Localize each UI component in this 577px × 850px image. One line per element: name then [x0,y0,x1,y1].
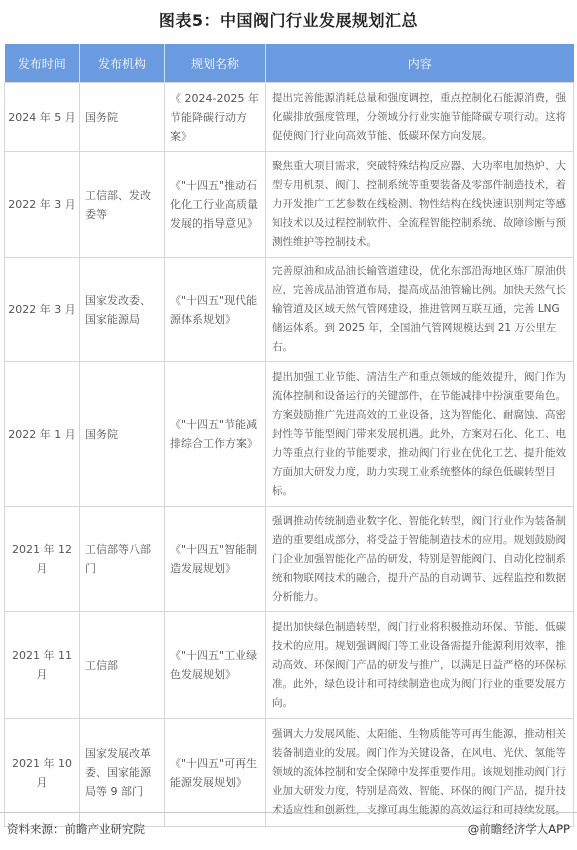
page-title: 图表5：中国阀门行业发展规划汇总 [0,8,577,31]
cell-org: 国家发改委、国家能源局 [80,258,165,362]
cell-plan-name: 《"十四五"节能减排综合工作方案》 [165,362,266,507]
table-row: 2024 年 5 月 国务院 《 2024-2025 年节能降碳行动方案》 提出… [5,83,574,152]
cell-content: 聚焦重大项目需求，突破特殊结构反应器、大功率电加热炉、大型专用机泵、阀门、控制系… [266,152,574,258]
cell-content: 完善原油和成品油长输管道建设，优化东部沿海地区炼厂原油供应，完善成品油管道布局，… [266,258,574,362]
cell-date: 2022 年 3 月 [5,258,80,362]
cell-content: 提出加强工业节能、清洁生产和重点领域的能效提升，阀门作为流体控制和设备运行的关键… [266,362,574,507]
policy-table: 发布时间 发布机构 规划名称 内容 2024 年 5 月 国务院 《 2024-… [4,44,574,827]
header-name: 规划名称 [165,44,266,83]
cell-date: 2021 年 10 月 [5,719,80,827]
cell-content: 提出加快绿色制造转型，阀门行业将积极推动环保、节能、低碳技术的应用。规划强调阀门… [266,612,574,719]
table-row: 2021 年 12 月 工信部等八部门 《"十四五"智能制造发展规划》 强调推动… [5,507,574,612]
cell-content: 强调大力发展风能、太阳能、生物质能等可再生能源，推动相关装备制造业的发展。阀门作… [266,719,574,827]
cell-date: 2024 年 5 月 [5,83,80,152]
cell-date: 2021 年 12 月 [5,507,80,612]
table-row: 2022 年 1 月 国务院 《"十四五"节能减排综合工作方案》 提出加强工业节… [5,362,574,507]
cell-org: 工信部等八部门 [80,507,165,612]
table-header-row: 发布时间 发布机构 规划名称 内容 [5,44,574,83]
cell-date: 2022 年 1 月 [5,362,80,507]
cell-plan-name: 《"十四五"现代能源体系规划》 [165,258,266,362]
cell-plan-name: 《"十四五"可再生能源发展规划》 [165,719,266,827]
table-row: 2022 年 3 月 工信部、发改委等 《"十四五"推动石化化工行业高质量发展的… [5,152,574,258]
table-row: 2021 年 10 月 国家发展改革委、国家能源局等 9 部门 《"十四五"可再… [5,719,574,827]
table-row: 2022 年 3 月 国家发改委、国家能源局 《"十四五"现代能源体系规划》 完… [5,258,574,362]
cell-org: 国务院 [80,83,165,152]
table-row: 2021 年 11 月 工信部 《"十四五"工业绿色发展规划》 提出加快绿色制造… [5,612,574,719]
cell-org: 工信部 [80,612,165,719]
cell-plan-name: 《 2024-2025 年节能降碳行动方案》 [165,83,266,152]
cell-org: 工信部、发改委等 [80,152,165,258]
header-date: 发布时间 [5,44,80,83]
cell-org: 国务院 [80,362,165,507]
source-note: 资料来源：前瞻产业研究院 [7,821,145,837]
cell-plan-name: 《"十四五"智能制造发展规划》 [165,507,266,612]
cell-org: 国家发展改革委、国家能源局等 9 部门 [80,719,165,827]
cell-date: 2022 年 3 月 [5,152,80,258]
cell-plan-name: 《"十四五"推动石化化工行业高质量发展的指导意见》 [165,152,266,258]
cell-plan-name: 《"十四五"工业绿色发展规划》 [165,612,266,719]
cell-date: 2021 年 11 月 [5,612,80,719]
header-org: 发布机构 [80,44,165,83]
header-content: 内容 [266,44,574,83]
brand-watermark: @前瞻经济学人APP [468,821,570,837]
cell-content: 提出完善能源消耗总量和强度调控，重点控制化石能源消费，强化碳排放强度管理，分领域… [266,83,574,152]
cell-content: 强调推动传统制造业数字化、智能化转型，阀门行业作为装备制造的重要组成部分，将受益… [266,507,574,612]
footer-divider [0,812,577,813]
